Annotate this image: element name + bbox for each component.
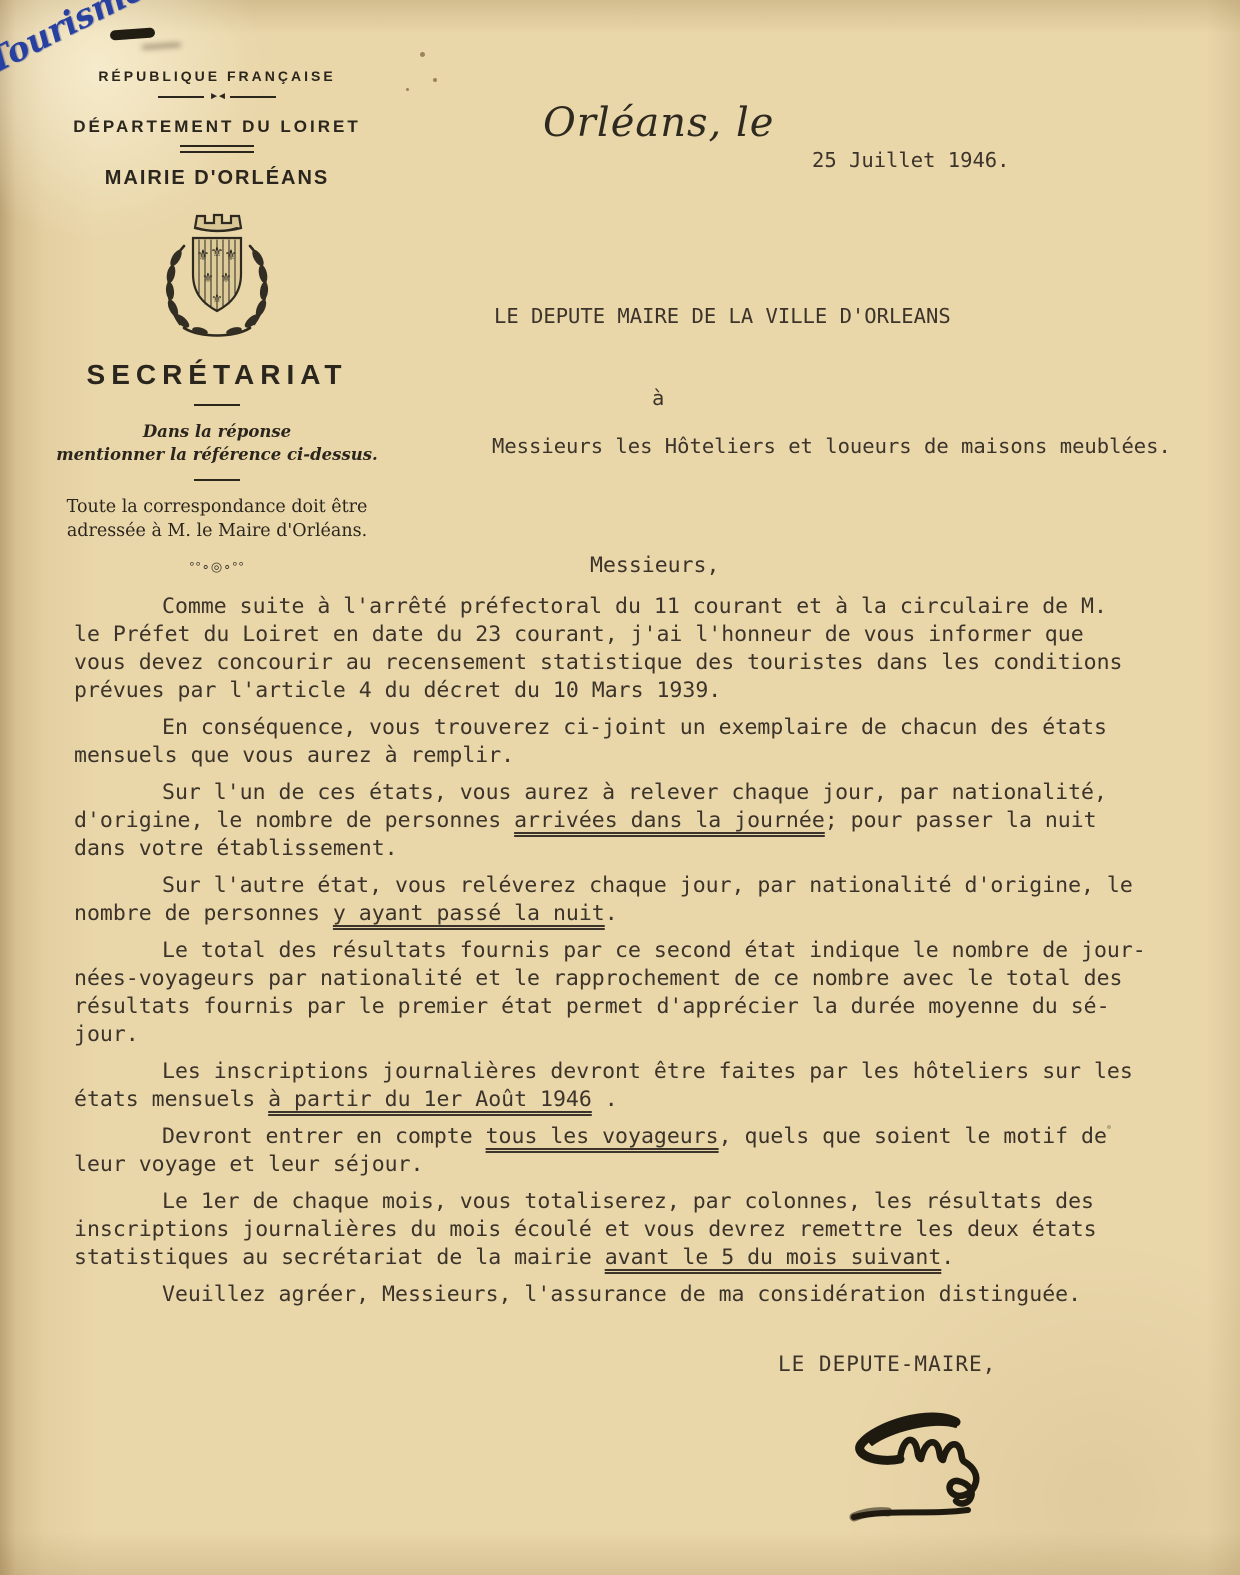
paragraph-text: En conséquence, vous trouverez ci-joint …: [74, 715, 1107, 768]
opposing-arrows-icon: ►◄: [209, 93, 225, 101]
svg-text:⚜: ⚜: [202, 271, 214, 286]
recipient-line: Messieurs les Hôteliers et loueurs de ma…: [492, 434, 1171, 458]
correspondence-note-line2: adressée à M. le Maire d'Orléans.: [67, 521, 367, 541]
paragraph-text: Le total des résultats fournis par ce se…: [74, 938, 1146, 1047]
orleans-coat-of-arms-icon: ⚜ ⚜ ⚜ ⚜ ⚜ ⚜: [142, 206, 292, 341]
typed-date: 25 Juillet 1946.: [812, 148, 1009, 172]
short-rule: [194, 479, 240, 481]
arrow-rule-ornament: ►◄: [52, 93, 382, 101]
underlined-phrase: avant le 5 du mois suivant: [605, 1245, 942, 1270]
paragraph-3: Sur l'un de ces états, vous aurez à rele…: [74, 779, 1174, 863]
paper-speck: [420, 52, 425, 57]
correspondence-note: Toute la correspondance doit être adress…: [52, 495, 382, 543]
underlined-phrase: y ayant passé la nuit: [333, 901, 605, 926]
short-rule: [194, 404, 240, 406]
paragraph-text: Devront entrer en compte: [162, 1124, 486, 1149]
reference-note-line2: mentionner la référence ci-dessus.: [56, 445, 378, 464]
underlined-phrase: arrivées dans la journée: [514, 808, 825, 833]
paragraph-text: Veuillez agréer, Messieurs, l'assurance …: [162, 1282, 1081, 1307]
svg-text:⚜: ⚜: [196, 246, 209, 264]
svg-text:⚜: ⚜: [211, 292, 223, 307]
paragraph-4: Sur l'autre état, vous reléverez chaque …: [74, 872, 1174, 928]
rule-bar: [230, 96, 276, 98]
correspondence-note-line1: Toute la correspondance doit être: [67, 497, 368, 517]
svg-text:⚜: ⚜: [210, 243, 223, 261]
svg-text:⚜: ⚜: [224, 246, 237, 264]
handwritten-signature: [838, 1398, 1058, 1538]
underlined-phrase: tous les voyageurs: [486, 1124, 719, 1149]
paragraph-text: Comme suite à l'arrêté préfectoral du 11…: [74, 594, 1122, 703]
paragraph-6: Les inscriptions journalières devront êt…: [74, 1058, 1174, 1114]
reference-note-line1: Dans la réponse: [143, 422, 291, 441]
office-title: SECRÉTARIAT: [52, 359, 382, 391]
paragraph-text: .: [605, 901, 618, 926]
sender-line: LE DEPUTE MAIRE DE LA VILLE D'ORLEANS: [494, 304, 951, 328]
preposition-a: à: [652, 386, 664, 410]
letterhead: RÉPUBLIQUE FRANÇAISE ►◄ DÉPARTEMENT DU L…: [52, 0, 382, 575]
paragraph-text: .: [941, 1245, 954, 1270]
closing-title: LE DEPUTE-MAIRE,: [778, 1352, 996, 1376]
reference-note: Dans la réponse mentionner la référence …: [52, 420, 382, 466]
paragraph-2: En conséquence, vous trouverez ci-joint …: [74, 714, 1174, 770]
paper-speck: [406, 88, 409, 91]
salutation: Messieurs,: [74, 552, 1174, 580]
rule-bar: [158, 96, 204, 98]
svg-text:⚜: ⚜: [220, 271, 232, 286]
scanned-letter-page: Tourisme RÉPUBLIQUE FRANÇAISE ►◄ DÉPARTE…: [0, 0, 1240, 1575]
underlined-phrase: à partir du 1er Août 1946: [268, 1087, 592, 1112]
place-script: Orléans, le: [543, 100, 774, 146]
mairie-title: MAIRIE D'ORLÉANS: [52, 167, 382, 190]
paragraph-text: .: [592, 1087, 618, 1112]
department-title: DÉPARTEMENT DU LOIRET: [52, 117, 382, 137]
double-rule: [180, 145, 254, 153]
paragraph-8: Le 1er de chaque mois, vous totaliserez,…: [74, 1188, 1174, 1272]
paragraph-7: Devront entrer en compte tous les voyage…: [74, 1123, 1174, 1179]
paragraph-1: Comme suite à l'arrêté préfectoral du 11…: [74, 593, 1174, 705]
paper-speck: [433, 78, 437, 82]
republic-title: RÉPUBLIQUE FRANÇAISE: [52, 68, 382, 84]
paragraph-5: Le total des résultats fournis par ce se…: [74, 937, 1174, 1049]
letter-body: Messieurs, Comme suite à l'arrêté préfec…: [74, 552, 1174, 1318]
paragraph-9: Veuillez agréer, Messieurs, l'assurance …: [74, 1281, 1174, 1309]
